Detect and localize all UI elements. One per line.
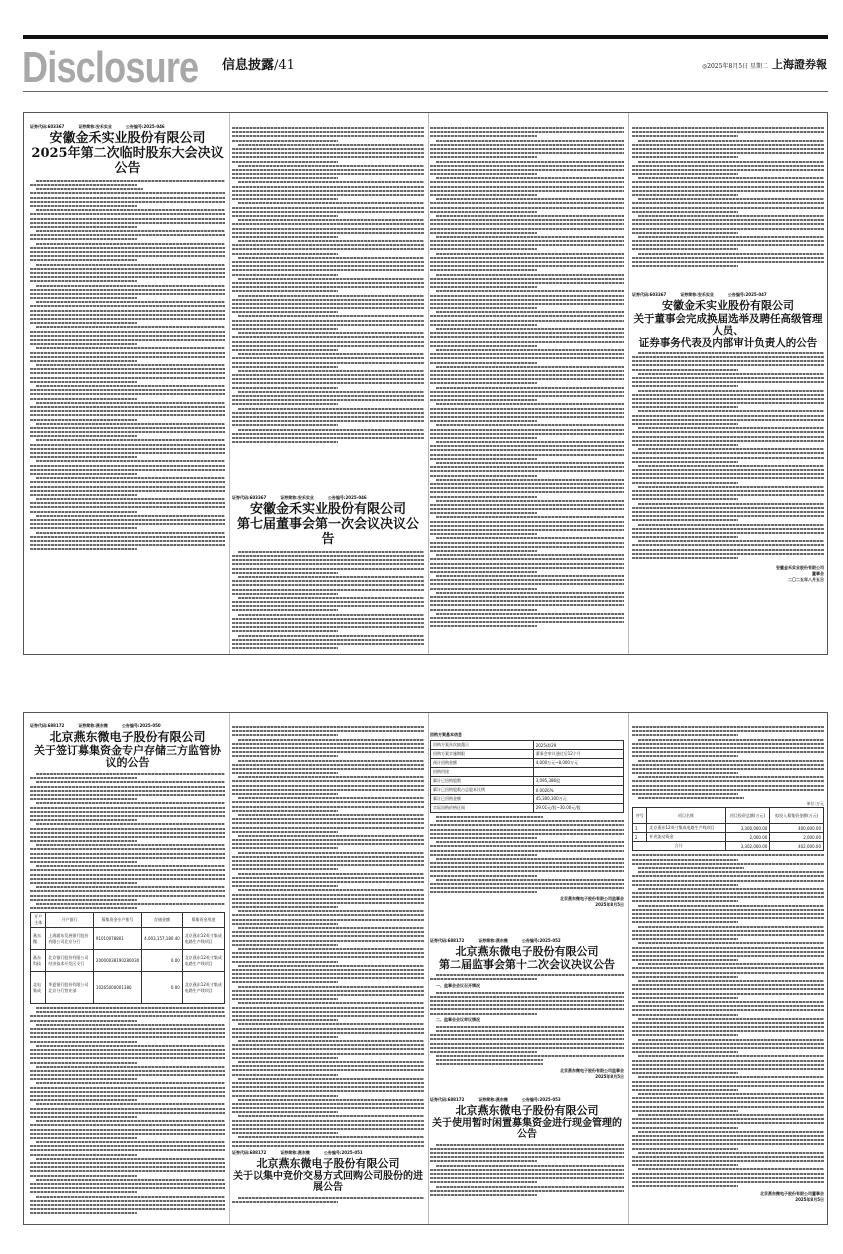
signature: 北京燕东微电子股份有限公司监事会2025年8月5日: [430, 1068, 624, 1080]
section-heading: 二、监事会会议审议情况: [436, 1017, 624, 1023]
masthead-bottom-rule: [23, 91, 828, 92]
issue-date: ◎2025年8月5日 星期二: [702, 63, 768, 70]
article-title: 第七届董事会第一次会议决议公告: [232, 518, 424, 548]
article-title: 第二届监事会第十二次会议决议公告: [430, 959, 624, 972]
table-row: 回购方案首次披露日2025/4/29: [431, 741, 624, 750]
article-title: 关于签订募集资金专户存储三方监管协议的公告: [30, 745, 225, 770]
table-row: 累计已回购股数3,095,386股: [431, 777, 624, 786]
table-row: 燕东微上海浦东发展银行股份有限公司北京分行910100788014,003,15…: [31, 928, 225, 950]
table-row: 1北京燕东12英寸集成电路生产线项目3,300,000.00400,000.00: [633, 824, 824, 833]
company-name: 北京燕东微电子股份有限公司: [430, 1105, 624, 1118]
article-supervisory-board-resolution: 证券代码:688172证券简称:燕东微公告编号:2025-052 北京燕东微电子…: [430, 938, 624, 1093]
masthead-top-rule: [23, 35, 828, 39]
page-number: /41: [274, 58, 295, 73]
signature: 北京燕东微电子股份有限公司董事会2025年8月5日: [632, 1191, 824, 1203]
article-body: [30, 180, 225, 551]
article-idle-funds-cash-management: 证券代码:688172证券简称:燕东微公告编号:2025-053 北京燕东微电子…: [430, 1097, 624, 1220]
company-name: 北京燕东微电子股份有限公司: [30, 731, 225, 745]
table-row: 累计已回购股数占总股本比例0.0026%: [431, 786, 624, 795]
article-title: 关于使用暂时闲置募集资金进行现金管理的公告: [430, 1118, 624, 1141]
stock-code-line: 证券代码:688172证券简称:燕东微公告编号:2025-053: [430, 1097, 624, 1103]
stock-code-line: 证券代码:603367证券简称:安禾实业公告编号:2025-046: [30, 124, 225, 130]
article-buyback-info: 回购方案基本信息 回购方案首次披露日2025/4/29 回购方案实施期限董事会审…: [430, 730, 624, 935]
buyback-info-table: 回购方案首次披露日2025/4/29 回购方案实施期限董事会审议通过后12个月 …: [430, 740, 624, 813]
table-row: 累计已回购金额45,300,300万元: [431, 795, 624, 804]
stock-code-line: 证券代码:603367证券简称:安禾实业公告编号:2025-047: [632, 292, 824, 298]
company-name: 北京燕东微电子股份有限公司: [430, 946, 624, 959]
article-shareholder-meeting-resolution: 证券代码:603367证券简称:安禾实业公告编号:2025-046 安徽金禾实业…: [30, 124, 225, 649]
table-row: 燕东科技北京银行股份有限公司经济技术开发区支行20000038190280030…: [31, 950, 225, 972]
newspaper-logo: 上海證券報: [772, 58, 827, 71]
section-title-en: Disclosure: [22, 46, 198, 90]
article-title-line-2: 证券事务代表及内部审计负责人的公告: [632, 337, 824, 349]
article-continuation-col2: [232, 124, 424, 494]
company-name: 安徽金禾实业股份有限公司: [30, 132, 225, 147]
table-row: 实际回购价格区间29.01元/股~30.00元/股: [431, 804, 624, 813]
article-continuation-col3: [430, 124, 624, 649]
article-title: 关于以集中竞价交易方式回购公司股份的进展公告: [232, 1171, 424, 1194]
signature: 北京燕东微电子股份有限公司监事会2025年8月5日: [430, 896, 624, 908]
article-board-resolution: 证券代码:603367证券简称:安禾实业公告编号:2025-046 安徽金禾实业…: [232, 495, 424, 650]
escrow-accounts-table: 开户主体开户银行募集资金专户账号存储金额募集资金用途 燕东微上海浦东发展银行股份…: [30, 912, 225, 1004]
table-header-row: 序号项目名称项目投资总额(万元)拟投入募集资金额(万元): [633, 808, 824, 824]
table-row: 北电集成华夏银行股份有限公司北京分行营业部102650000013800.00北…: [31, 972, 225, 1004]
article-continuation-col4: [632, 124, 824, 289]
company-name: 安徽金禾实业股份有限公司: [632, 300, 824, 313]
table-row: 预计回购金额4,000万元~8,000万元: [431, 759, 624, 768]
table-row: 2补充流动资金2,000.002,000.00: [633, 833, 824, 842]
article-tripartite-supervision-agreement: 证券代码:688172证券简称:燕东微公告编号:2025-050 北京燕东微电子…: [30, 723, 225, 1220]
masthead-right: ◎2025年8月5日 星期二上海證券報: [702, 56, 827, 72]
signature: 安徽金禾实业股份有限公司董事会二〇二五年八月五日: [632, 565, 824, 583]
company-name: 北京燕东微电子股份有限公司: [232, 1158, 424, 1171]
section-title-cn: 信息披露/41: [222, 54, 295, 73]
article-title: 2025年第二次临时股东大会决议公告: [30, 147, 225, 177]
article-continuation-col4-bottom: 单位:万元 序号项目名称项目投资总额(万元)拟投入募集资金额(万元) 1北京燕东…: [632, 723, 824, 1220]
section-heading: 一、监事会会议召开情况: [436, 983, 624, 989]
stock-code-line: 证券代码:688172证券简称:燕东微公告编号:2025-050: [30, 723, 225, 729]
company-name: 安徽金禾实业股份有限公司: [232, 503, 424, 518]
article-continuation-col2-bottom: [232, 723, 424, 1148]
stock-code-line: 证券代码:603367证券简称:安禾实业公告编号:2025-046: [232, 495, 424, 501]
fund-use-table: 序号项目名称项目投资总额(万元)拟投入募集资金额(万元) 1北京燕东12英寸集成…: [632, 807, 824, 851]
info-table-title: 回购方案基本信息: [430, 732, 624, 738]
section-name: 信息披露: [222, 58, 274, 73]
table-row: 回购方案实施期限董事会审议通过后12个月: [431, 750, 624, 759]
stock-code-line: 证券代码:688172证券简称:燕东微公告编号:2025-051: [232, 1150, 424, 1156]
table-header-row: 开户主体开户银行募集资金专户账号存储金额募集资金用途: [31, 913, 225, 928]
table-total-row: 合计3,302,000.00402,000.00: [633, 842, 824, 851]
article-share-buyback-progress: 证券代码:688172证券简称:燕东微公告编号:2025-051 北京燕东微电子…: [232, 1150, 424, 1220]
stock-code-line: 证券代码:688172证券简称:燕东微公告编号:2025-052: [430, 938, 624, 944]
article-title-line-1: 关于董事会完成换届选举及聘任高级管理人员、: [632, 313, 824, 337]
article-board-election-appointments: 证券代码:603367证券简称:安禾实业公告编号:2025-047 安徽金禾实业…: [632, 292, 824, 650]
table-row: 回购用途: [431, 768, 624, 777]
